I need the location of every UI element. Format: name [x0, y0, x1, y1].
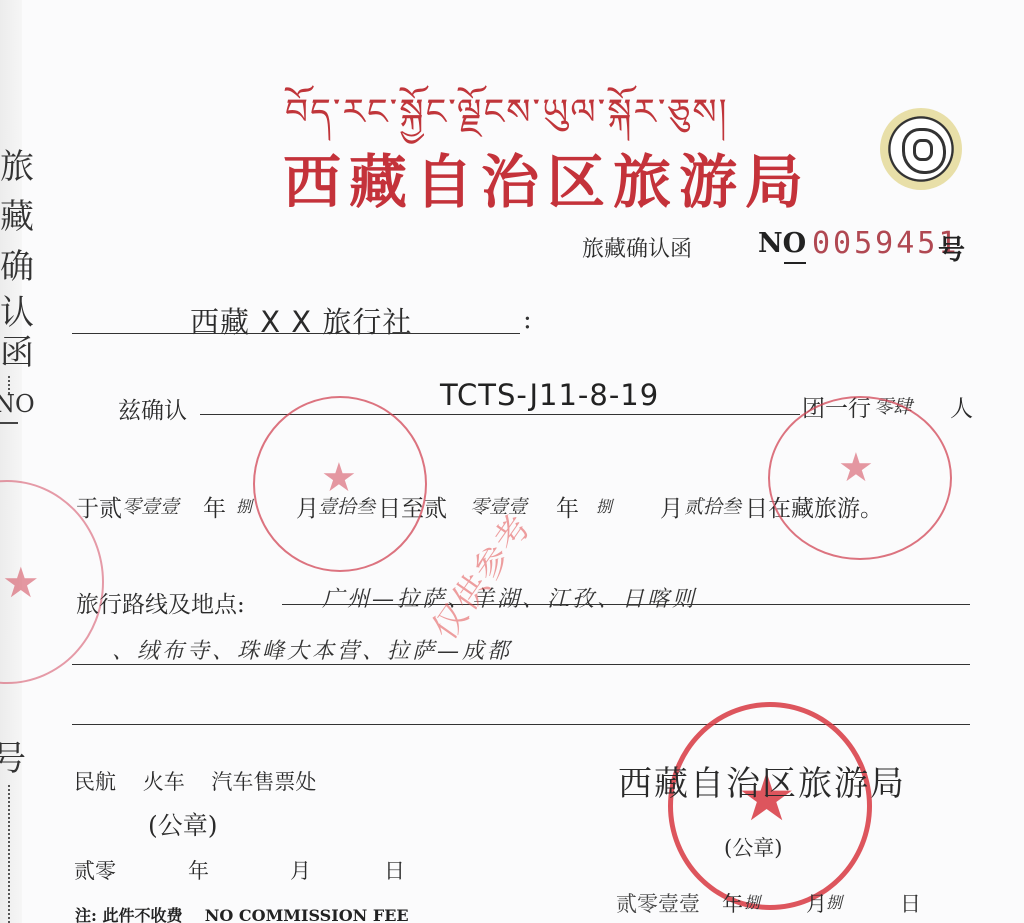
bureau-official-seal: ★: [668, 702, 872, 910]
stub-char: NO: [0, 392, 35, 416]
bureau-title: 西藏自治区旅游局: [283, 150, 811, 214]
date-prefix: 于贰: [76, 490, 122, 523]
start-month: 捌: [236, 494, 252, 517]
stub-char: 号: [0, 742, 26, 776]
form-name: 旅藏确认函: [582, 232, 692, 263]
agency-underline: [72, 333, 520, 334]
stub-char: 函: [0, 336, 34, 370]
bureau-year-value: 捌: [744, 890, 760, 913]
stub-char: 认: [0, 296, 34, 330]
ticket-office-month-unit: 月: [290, 855, 311, 885]
tibetan-title: བོད་རང་སྐྱོང་ལྗོངས་ཡུལ་སྐོར་ཅུས།: [285, 92, 775, 134]
people-unit: 人: [950, 390, 973, 423]
stub-char: 旅: [0, 150, 34, 184]
route-underline-2: [72, 664, 970, 665]
bureau-year-unit: 年: [722, 888, 743, 918]
agency-colon: :: [523, 305, 532, 335]
tourism-bureau-emblem-icon: [880, 108, 962, 190]
number-suffix: 号: [938, 228, 965, 267]
star-icon: ★: [2, 562, 40, 604]
agency-name: 西藏 X X 旅行社: [190, 300, 412, 341]
stub-dots: [8, 785, 10, 923]
no-commission-note: 注: 此件不收费 NO COMMISSION FEE: [75, 903, 409, 923]
ticket-office-year-unit: 年: [188, 855, 209, 885]
stub-strip: [0, 0, 22, 923]
ticket-office-label: 民航 火车 汽车售票处: [74, 766, 316, 796]
route-label: 旅行路线及地点:: [76, 586, 245, 619]
tour-code: TCTS-J11-8-19: [440, 378, 659, 412]
bureau-seal-label: (公章): [724, 832, 782, 862]
bureau-month-value: 捌: [826, 890, 842, 913]
ticket-office-day-unit: 日: [384, 855, 405, 885]
stub-char: 确: [0, 250, 34, 284]
confirm-label: 兹确认: [118, 392, 187, 425]
blank-line: [72, 724, 970, 725]
route-underline-1: [282, 604, 970, 605]
bureau-day-unit: 日: [900, 888, 921, 918]
bureau-month-unit: 月: [806, 888, 827, 918]
number-label-underline: [784, 262, 806, 264]
end-year-unit: 年: [556, 490, 579, 523]
route-line-1: 广州—拉萨、羊湖、江孜、日喀则: [322, 582, 697, 613]
end-month-unit: 月: [660, 490, 683, 523]
start-year: 零壹壹: [122, 492, 179, 519]
star-icon: ★: [838, 448, 874, 488]
star-icon: ★: [321, 458, 357, 498]
bureau-date-prefix: 贰零壹壹: [616, 888, 700, 918]
stub-char: 藏: [0, 200, 34, 234]
ticket-office-date-prefix: 贰零: [74, 855, 116, 885]
ticket-office-seal-label: (公章): [148, 806, 218, 842]
start-year-unit: 年: [203, 490, 226, 523]
bureau-signature-name: 西藏自治区旅游局: [618, 756, 906, 805]
reference-only-watermark: 仅供参考: [418, 502, 541, 648]
end-month: 捌: [596, 494, 612, 517]
number-label: NO: [758, 228, 806, 259]
stub-underline: [0, 422, 18, 424]
end-day: 贰拾叁: [684, 492, 741, 519]
seal-agency: ★: [253, 396, 427, 572]
seal-agency-2: ★: [768, 396, 952, 560]
